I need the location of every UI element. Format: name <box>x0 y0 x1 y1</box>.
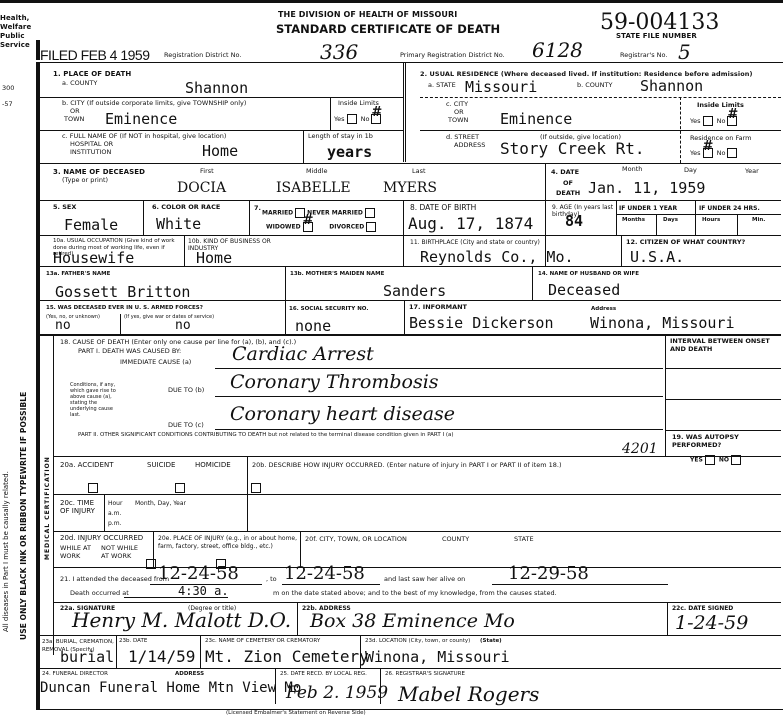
cemetery-value: Mt. Zion Cemetery <box>205 649 369 665</box>
attended-to-value: 12-24-58 <box>284 563 365 584</box>
county-label: a. COUNTY <box>62 80 97 88</box>
divider <box>200 635 201 668</box>
state-file-number-label: STATE FILE NUMBER <box>616 32 697 40</box>
date-recd-label: 25. DATE RECD. BY LOCAL REG. <box>280 671 367 679</box>
divider <box>616 214 781 215</box>
last-seen-line <box>492 584 668 585</box>
age-label: 9. AGE (In years last birthday) <box>552 204 616 218</box>
primary-reg-district-label: Primary Registration District No. <box>400 52 505 60</box>
divider <box>532 266 533 300</box>
ssn-label: 16. SOCIAL SECURITY NO. <box>289 306 368 314</box>
divider <box>695 200 696 235</box>
attended-text-4: Death occurred at <box>70 590 129 598</box>
res-inside-limits-no-checkbox[interactable] <box>727 116 737 126</box>
attended-text-1: 21. I attended the deceased from <box>60 576 169 584</box>
am-label: a.m. <box>108 510 121 518</box>
sex-value: Female <box>64 217 118 233</box>
married-label: MARRIED <box>262 210 293 217</box>
name-hint: (Type or print) <box>62 177 108 185</box>
death-county-value: Shannon <box>185 80 248 96</box>
dod-label-3: DEATH <box>556 190 580 198</box>
due-c-label: DUE TO (c) <box>168 422 204 430</box>
middle-name-value: ISABELLE <box>276 180 351 196</box>
divider <box>680 97 681 163</box>
divider <box>40 266 781 267</box>
cemetery-label: 23c. NAME OF CEMETERY OR CREMATORY <box>205 638 320 646</box>
divider <box>300 531 301 567</box>
date-recd-value: Feb 2. 1959 <box>286 683 388 703</box>
divider <box>420 97 781 98</box>
at-work-label: WHILE AT WORK <box>60 545 92 560</box>
divider <box>40 635 781 636</box>
divider <box>40 235 781 236</box>
no-label: No <box>717 117 726 125</box>
pm-label: p.m. <box>108 520 121 528</box>
last-name-value: MYERS <box>383 180 437 196</box>
cause-code: 4201 <box>622 441 658 457</box>
citizen-value: U.S.A. <box>630 249 684 265</box>
location-label: 23d. LOCATION (City, town, or county) <box>365 638 470 646</box>
dod-year-label: Year <box>745 168 759 176</box>
farm-label: Residence on Farm <box>690 135 751 143</box>
autopsy-yes-checkbox[interactable] <box>705 455 715 465</box>
time-of-injury-label: 20c. TIME OF INJURY <box>60 500 100 515</box>
footer-note: (Licensed Embalmer's Statement on Revers… <box>226 710 366 718</box>
divider <box>303 130 304 163</box>
death-city-value: Eminence <box>105 111 177 127</box>
informant-address-label: Address <box>591 306 616 314</box>
not-at-work-label: NOT WHILE AT WORK <box>101 545 141 560</box>
father-value: Gossett Britton <box>55 284 190 300</box>
street-value: Story Creek Rt. <box>500 141 645 157</box>
race-value: White <box>156 216 201 232</box>
due-c-line <box>215 429 663 430</box>
res-city-value: Eminence <box>500 111 572 127</box>
agency-text: Health, Welfare Public Service <box>0 14 24 50</box>
armed-hint-2: (If yes, give war or dates of service) <box>124 314 214 322</box>
city-label: b. CITY (If outside corporate limits, gi… <box>62 100 246 108</box>
location-state-label: (State) <box>480 638 502 646</box>
certificate-title: STANDARD CERTIFICATE OF DEATH <box>276 22 500 36</box>
filed-stamp: FILED FEB 4 1959 <box>40 47 150 63</box>
stay-label: Length of stay in 1b <box>308 133 373 141</box>
homicide-checkbox[interactable] <box>251 483 261 493</box>
informant-label: 17. INFORMANT <box>409 304 467 312</box>
res-county-label: b. COUNTY <box>577 82 612 90</box>
attended-from-value: 12-24-58 <box>158 563 239 584</box>
mother-value: Sanders <box>383 283 446 299</box>
divider <box>40 97 403 98</box>
mother-label: 13b. MOTHER'S MAIDEN NAME <box>290 271 384 279</box>
divider <box>53 456 781 457</box>
res-city-town: TOWN <box>448 117 468 125</box>
margin-code-top: 300 <box>2 85 14 93</box>
informant-address-value: Winona, Missouri <box>590 315 735 331</box>
dod-label-1: 4. DATE <box>551 169 579 177</box>
funeral-director-label: 24. FUNERAL DIRECTOR <box>42 671 108 679</box>
medical-certification-label: MEDICAL CERTIFICATION <box>44 456 52 560</box>
division-title: THE DIVISION OF HEALTH OF MISSOURI <box>278 11 457 19</box>
part2-label: PART II. OTHER SIGNIFICANT CONDITIONS CO… <box>78 432 453 440</box>
medical-section-rule <box>53 335 54 655</box>
date-signed-value: 1-24-59 <box>675 612 748 634</box>
burial-date-label: 23b. DATE <box>119 638 147 646</box>
dod-day-label: Day <box>684 167 697 175</box>
divider <box>330 97 331 130</box>
immediate-label: IMMEDIATE CAUSE (a) <box>120 359 191 367</box>
injury-county-label: COUNTY <box>442 536 469 544</box>
divider <box>403 62 406 162</box>
ssn-value: none <box>295 318 331 334</box>
informant-value: Bessie Dickerson <box>409 315 554 331</box>
no-label: No <box>717 149 726 157</box>
inside-limits-no-checkbox[interactable] <box>371 114 381 124</box>
marital-row-1: MARRIEDNEVER MARRIED <box>262 208 377 218</box>
injury-state-label: STATE <box>514 536 534 544</box>
armed-label: 15. WAS DECEASED EVER IN U. S. ARMED FOR… <box>46 305 203 313</box>
registrar-no-value: 5 <box>678 40 691 64</box>
autopsy-options: YES NO <box>690 455 743 465</box>
place-of-injury-label: 20e. PLACE OF INJURY (e.g., in or about … <box>158 535 300 551</box>
dod-month-label: Month <box>622 166 642 174</box>
never-married-label: NEVER MARRIED <box>307 210 363 217</box>
res-county-value: Shannon <box>640 78 703 94</box>
burial-location-value: Winona, Missouri <box>365 649 510 665</box>
registrar-no-label: Registrar's No. <box>620 52 667 60</box>
first-label: First <box>200 168 214 176</box>
death-time-value: 4:30 a. <box>178 583 229 599</box>
divider <box>104 494 105 531</box>
hour-label: Hour <box>108 500 122 508</box>
sex-label: 5. SEX <box>53 204 76 212</box>
registrar-signature-label: 26. REGISTRAR'S SIGNATURE <box>385 671 465 679</box>
divider <box>40 200 781 201</box>
res-inside-limits-yes-checkbox[interactable] <box>703 116 713 126</box>
divorced-checkbox[interactable] <box>366 222 376 232</box>
divider <box>665 399 781 400</box>
father-label: 13a. FATHER'S NAME <box>46 271 110 279</box>
vertical-note-ink: USE ONLY BLACK INK OR RIBBON TYPEWRITE I… <box>20 392 28 640</box>
age-value: 84 <box>565 213 583 229</box>
agency-line: Health, <box>0 14 24 23</box>
birthplace-value: Reynolds Co., Mo. <box>420 249 574 265</box>
attended-text-3: and last saw her alive on <box>384 576 465 584</box>
divider <box>53 602 781 603</box>
divider <box>40 668 781 669</box>
burial-method-value: burial <box>60 649 114 665</box>
farm-no-checkbox[interactable] <box>727 148 737 158</box>
divider <box>40 130 403 131</box>
days-label: Days <box>663 217 678 225</box>
inside-limits-options: Yes No <box>334 114 383 124</box>
marital-label: 7. <box>254 205 261 213</box>
certifier-signature: Henry M. Malott D.O. <box>72 608 291 632</box>
divider <box>616 200 617 235</box>
funeral-address-label: ADDRESS <box>175 671 204 679</box>
agency-line: Service <box>0 41 24 50</box>
under-1-year-label: IF UNDER 1 YEAR <box>619 205 677 213</box>
divider <box>40 334 781 336</box>
no-label: NO <box>719 457 729 464</box>
vertical-note-diseases: All diseases in Part I must be causally … <box>3 471 11 632</box>
describe-injury-label: 20b. DESCRIBE HOW INJURY OCCURRED. (Ente… <box>252 462 561 470</box>
hospital-value: Home <box>202 143 238 159</box>
res-inside-limits-options: Yes No <box>690 116 739 126</box>
business-value: Home <box>196 250 232 266</box>
usual-residence-title: 2. USUAL RESIDENCE (Where deceased lived… <box>420 70 780 78</box>
divider <box>40 163 781 164</box>
dod-label-2: OF <box>563 180 573 188</box>
inside-limits-yes-checkbox[interactable] <box>347 114 357 124</box>
injury-date-label: Month, Day, Year <box>135 500 186 508</box>
accident-checkbox[interactable] <box>88 483 98 493</box>
spouse-label: 14. NAME OF HUSBAND OR WIFE <box>538 271 639 279</box>
attended-to-line <box>282 584 380 585</box>
yes-label: YES <box>690 457 703 464</box>
date-of-death-value: Jan. 11, 1959 <box>588 180 705 196</box>
dob-value: Aug. 17, 1874 <box>408 216 533 232</box>
scan-edge-top <box>0 0 783 3</box>
min-label: Min. <box>752 217 765 225</box>
divider <box>667 602 668 635</box>
widowed-checkbox[interactable] <box>303 222 313 232</box>
location-label: 20f. CITY, TOWN, OR LOCATION <box>305 536 407 544</box>
divider <box>297 602 298 635</box>
divider <box>120 314 121 334</box>
agency-line: Welfare <box>0 23 24 32</box>
city-town-label: TOWN <box>64 116 84 124</box>
divider <box>116 635 117 668</box>
attended-text-2: , to <box>266 576 277 584</box>
divider <box>737 214 738 235</box>
suicide-label: SUICIDE <box>147 462 175 470</box>
divider <box>53 494 781 495</box>
due-b-label: DUE TO (b) <box>168 387 204 395</box>
yes-label: Yes <box>690 149 701 157</box>
reg-district-value: 336 <box>320 40 358 64</box>
place-of-death-title: 1. PLACE OF DEATH <box>53 70 131 78</box>
stay-value: years <box>327 144 372 160</box>
last-label: Last <box>412 168 426 176</box>
hospital-label-3: INSTITUTION <box>70 149 111 157</box>
injury-occurred-label: 20d. INJURY OCCURRED <box>60 535 143 543</box>
months-label: Months <box>622 217 645 225</box>
homicide-label: HOMICIDE <box>195 462 231 470</box>
farm-yes-checkbox[interactable] <box>703 148 713 158</box>
divider <box>249 200 250 235</box>
name-label: 3. NAME OF DECEASED <box>53 168 145 176</box>
last-seen-value: 12-29-58 <box>508 563 589 584</box>
res-state-value: Missouri <box>465 79 537 95</box>
widowed-label: WIDOWED <box>266 224 301 231</box>
divider <box>621 235 622 266</box>
state-file-number: 59-004133 <box>600 12 719 34</box>
birthplace-label: 11. BIRTHPLACE (City and state or countr… <box>410 239 540 247</box>
armed-dates-value: no <box>175 318 191 334</box>
interval-label: INTERVAL BETWEEN ONSET AND DEATH <box>670 338 780 353</box>
margin-code-bottom: -57 <box>2 101 13 109</box>
registrar-signature: Mabel Rogers <box>398 682 539 706</box>
yes-label: Yes <box>690 117 701 125</box>
first-name-value: DOCIA <box>177 180 226 196</box>
middle-label: Middle <box>306 168 327 176</box>
conditions-note: Conditions, if any, which gave rise to a… <box>70 382 122 418</box>
margin-rule <box>36 40 40 60</box>
under-24-label: IF UNDER 24 HRS. <box>699 205 760 213</box>
autopsy-label: 19. WAS AUTOPSY PERFORMED? <box>672 434 772 449</box>
hours-label: Hours <box>702 217 720 225</box>
farm-options: Yes No <box>690 148 739 158</box>
due-b-line <box>215 396 663 397</box>
no-label: No <box>361 115 370 123</box>
divider <box>403 200 404 266</box>
divider <box>53 531 781 532</box>
divider <box>285 300 286 334</box>
immediate-line <box>215 368 663 369</box>
yes-label: Yes <box>334 115 345 123</box>
divider <box>665 430 781 431</box>
marital-row-2: WIDOWED DIVORCED <box>266 222 378 232</box>
street-label-2: ADDRESS <box>454 142 485 150</box>
agency-line: Public <box>0 32 24 41</box>
dob-label: 8. DATE OF BIRTH <box>410 204 476 212</box>
due-c-value: Coronary heart disease <box>230 403 455 425</box>
certifier-address: Box 38 Eminence Mo <box>310 610 515 632</box>
spouse-value: Deceased <box>548 282 620 298</box>
autopsy-no-checkbox[interactable] <box>731 455 741 465</box>
primary-reg-district-value: 6128 <box>532 38 583 62</box>
divider <box>404 300 405 334</box>
divider <box>665 368 781 369</box>
funeral-director-value: Duncan Funeral Home Mtn View Mo <box>40 680 301 696</box>
never-married-checkbox[interactable] <box>365 208 375 218</box>
part1-label: PART I. DEATH WAS CAUSED BY: <box>78 348 181 356</box>
occupation-value: Housewife <box>53 250 134 266</box>
divider <box>143 200 144 235</box>
suicide-checkbox[interactable] <box>175 483 185 493</box>
divider <box>665 334 666 456</box>
immediate-cause-value: Cardiac Arrest <box>232 343 374 365</box>
armed-value: no <box>55 318 71 334</box>
reg-district-label: Registration District No. <box>164 52 241 60</box>
divider <box>656 214 657 235</box>
attended-text-5: m on the date stated above; and to the b… <box>273 590 557 598</box>
due-b-value: Coronary Thrombosis <box>230 371 439 393</box>
citizen-label: 12. CITIZEN OF WHAT COUNTRY? <box>626 239 745 247</box>
accident-label: 20a. ACCIDENT <box>60 462 113 470</box>
divorced-label: DIVORCED <box>329 224 364 231</box>
divider <box>420 130 781 131</box>
race-label: 6. COLOR OR RACE <box>152 204 220 212</box>
burial-date-value: 1/14/59 <box>128 649 195 665</box>
res-state-label: a. STATE <box>428 82 456 90</box>
